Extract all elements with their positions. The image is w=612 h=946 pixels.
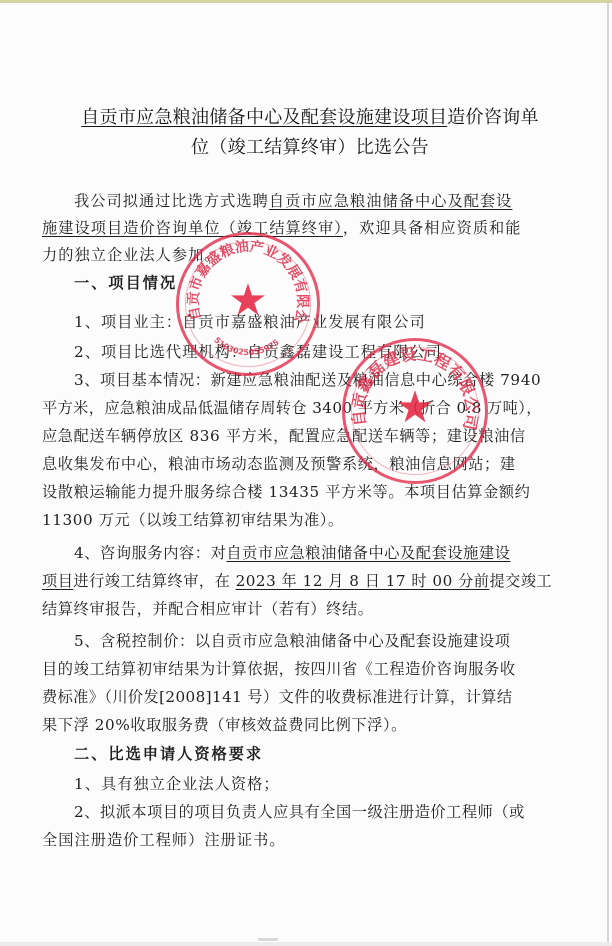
page-right-border bbox=[607, 3, 609, 942]
service-content-line-1: 4、咨询服务内容：对自贡市应急粮油储备中心及配套设施建设 bbox=[74, 543, 574, 563]
intro-text: ，欢迎具备相应资质和能 bbox=[343, 219, 522, 237]
intro-line-1: 我公司拟通过比选方式选聘自贡市应急粮油储备中心及配套设 bbox=[74, 191, 574, 211]
section-2-heading: 二、比选申请人资格要求 bbox=[74, 744, 574, 764]
section-1-heading: 一、项目情况 bbox=[74, 273, 574, 293]
control-price-line-1: 5、含税控制价：以自贡市应急粮油储备中心及配套设施建设项 bbox=[74, 631, 574, 651]
intro-text: 我公司拟通过比选方式选聘 bbox=[74, 192, 269, 210]
project-basic-info-line-6: 11300 万元（以竣工结算初审结果为准）。 bbox=[42, 510, 574, 530]
project-basic-info-line-2: 平方米，应急粮油成品低温储存周转仓 3400 平方米（折合 0.8 万吨）， bbox=[42, 398, 574, 418]
scroll-handle[interactable] bbox=[258, 938, 278, 941]
qualification-2-line-2: 全国注册造价工程师）注册证书。 bbox=[42, 830, 574, 850]
project-basic-info-line-5: 设散粮运输能力提升服务综合楼 13435 平方米等。本项目估算金额约 bbox=[42, 482, 574, 502]
project-owner: 1、项目业主：自贡市嘉盛粮油产业发展有限公司 bbox=[74, 312, 574, 332]
document-title-line-2: 位（竣工结算终审）比选公告 bbox=[40, 133, 580, 159]
service-content-text: 进行竣工结算终审，在 bbox=[73, 572, 235, 590]
intro-project-name: 自贡市应急粮油储备中心及配套设 bbox=[269, 192, 513, 210]
document-page: 自贡市应急粮油储备中心及配套设施建设项目造价咨询单 位（竣工结算终审）比选公告 … bbox=[0, 0, 606, 942]
qualification-2-line-1: 2、拟派本项目的项目负责人应具有全国一级注册造价工程师（或 bbox=[74, 802, 574, 822]
project-basic-info-line-4: 息收集发布中心，粮油市场动态监测及预警系统，粮油信息网站；建 bbox=[42, 454, 574, 474]
intro-project-name-cont: 施建设项目造价咨询单位（竣工结算终审） bbox=[42, 219, 343, 237]
deadline: 2023 年 12 月 8 日 17 时 00 分前 bbox=[236, 572, 490, 590]
control-price-line-2: 目的竣工结算初审结果为计算依据，按四川省《工程造价咨询服务收 bbox=[42, 659, 574, 679]
bottom-bar bbox=[0, 942, 612, 946]
document-title-line-1: 自贡市应急粮油储备中心及配套设施建设项目造价咨询单 bbox=[40, 103, 580, 129]
service-content-line-2: 项目进行竣工结算终审，在 2023 年 12 月 8 日 17 时 00 分前提… bbox=[42, 571, 574, 591]
qualification-1: 1、具有独立企业法人资格； bbox=[74, 774, 574, 794]
title-project-name: 自贡市应急粮油储备中心及配套设施建设项目 bbox=[81, 107, 447, 128]
service-content-line-3: 结算终审报告，并配合相应审计（若有）终结。 bbox=[42, 599, 574, 619]
service-content-project-cont: 项目 bbox=[42, 572, 73, 590]
service-content-label: 4、咨询服务内容：对 bbox=[74, 544, 226, 562]
title-rest: 造价咨询单 bbox=[447, 107, 539, 128]
control-price-line-3: 费标准》（川价发[2008]141 号）文件的收费标准进行计算，计算结 bbox=[42, 687, 574, 707]
intro-line-2: 施建设项目造价咨询单位（竣工结算终审），欢迎具备相应资质和能 bbox=[42, 218, 574, 238]
service-content-project: 自贡市应急粮油储备中心及配套设施建设 bbox=[226, 544, 510, 562]
project-basic-info-line-3: 应急配送车辆停放区 836 平方米，配置应急配送车辆等；建设粮油信 bbox=[42, 426, 574, 446]
service-content-text: 提交竣工 bbox=[489, 572, 552, 590]
project-basic-info-line-1: 3、项目基本情况：新建应急粮油配送及粮油信息中心综合楼 7940 bbox=[74, 370, 574, 390]
project-agent: 2、项目比选代理机构：自贡鑫磊建设工程有限公司 bbox=[74, 342, 574, 362]
intro-line-3: 力的独立企业法人参加。 bbox=[42, 245, 574, 265]
control-price-line-4: 果下浮 20%收取服务费（审核效益费同比例下浮）。 bbox=[42, 715, 574, 735]
